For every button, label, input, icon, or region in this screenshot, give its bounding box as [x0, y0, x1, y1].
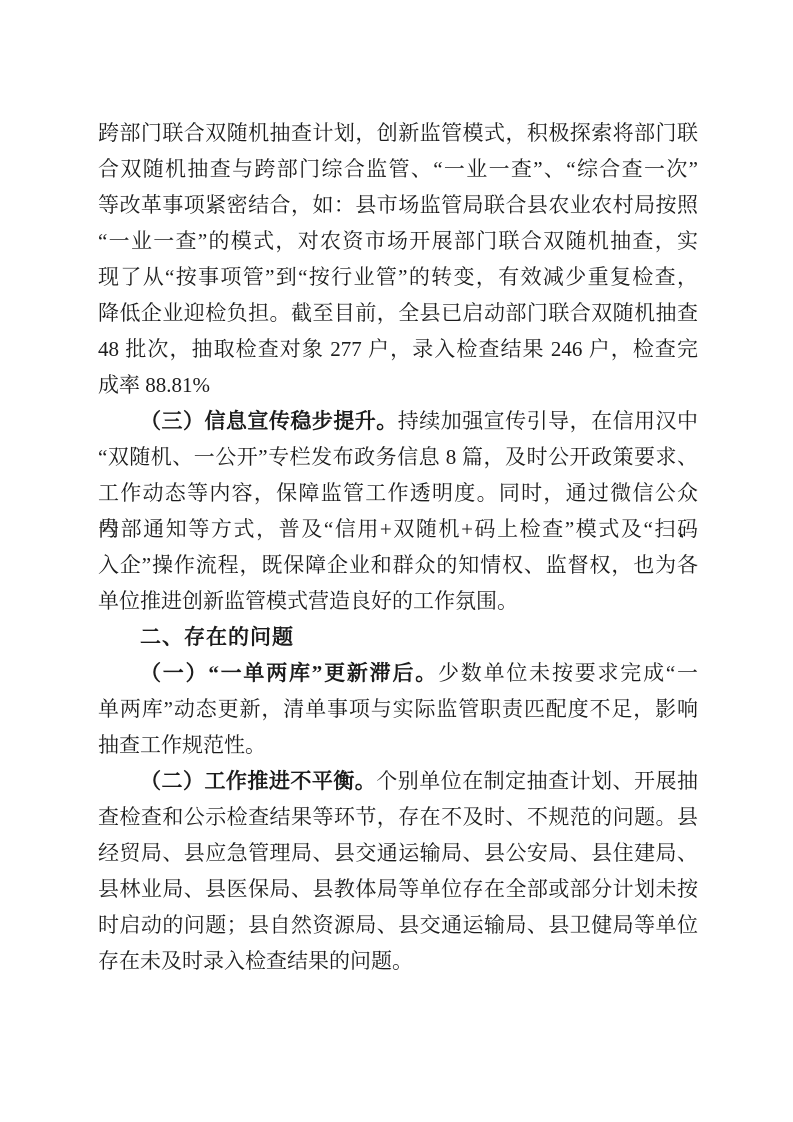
body-text: 单位推进创新监管模式营造良好的工作氛围。 — [98, 589, 518, 613]
document-body: 跨部门联合双随机抽查计划，创新监管模式，积极探索将部门联合双随机抽查与跨部门综合… — [98, 115, 698, 979]
body-text: 县林业局、县医保局、县教体局等单位存在全部或部分计划未按 — [98, 877, 698, 901]
text-line: 抽查工作规范性。 — [98, 727, 698, 763]
text-line: （二）工作推进不平衡。个别单位在制定抽查计划、开展抽 — [98, 763, 698, 799]
body-text: 时启动的问题；县自然资源局、县交通运输局、县卫健局等单位 — [98, 913, 698, 937]
text-line: 内部通知等方式，普及“信用+双随机+码上检查”模式及“扫码 — [98, 511, 698, 547]
text-line: 单位推进创新监管模式营造良好的工作氛围。 — [98, 583, 698, 619]
body-text: 持续加强宣传引导，在信用汉中 — [398, 409, 698, 433]
text-line: 时启动的问题；县自然资源局、县交通运输局、县卫健局等单位 — [98, 907, 698, 943]
body-text: 入企”操作流程，既保障企业和群众的知情权、监督权，也为各 — [98, 553, 698, 577]
text-line: “双随机、一公开”专栏发布政务信息 8 篇，及时公开政策要求、 — [98, 439, 698, 475]
text-line: 合双随机抽查与跨部门综合监管、“一业一查”、“综合查一次” — [98, 151, 698, 187]
document-page: 跨部门联合双随机抽查计划，创新监管模式，积极探索将部门联合双随机抽查与跨部门综合… — [0, 0, 793, 1122]
text-line: 跨部门联合双随机抽查计划，创新监管模式，积极探索将部门联 — [98, 115, 698, 151]
body-text: 等改革事项紧密结合，如：县市场监管局联合县农业农村局按照 — [98, 193, 698, 217]
body-text: 合双随机抽查与跨部门综合监管、“一业一查”、“综合查一次” — [98, 157, 698, 181]
text-line: （三）信息宣传稳步提升。持续加强宣传引导，在信用汉中 — [98, 403, 698, 439]
text-line: 降低企业迎检负担。截至目前，全县已启动部门联合双随机抽查 — [98, 295, 698, 331]
body-text: 跨部门联合双随机抽查计划，创新监管模式，积极探索将部门联 — [98, 121, 698, 145]
text-line: 查检查和公示检查结果等环节，存在不及时、不规范的问题。县 — [98, 799, 698, 835]
text-line: 成率 88.81% — [98, 367, 698, 403]
body-text: 内部通知等方式，普及“信用+双随机+码上检查”模式及“扫码 — [98, 517, 698, 541]
body-text: “一业一查”的模式，对农资市场开展部门联合双随机抽查，实 — [98, 229, 698, 253]
text-line: 经贸局、县应急管理局、县交通运输局、县公安局、县住建局、 — [98, 835, 698, 871]
text-line: 48 批次，抽取检查对象 277 户，录入检查结果 246 户，检查完 — [98, 331, 698, 367]
bold-lead-text: （一）“一单两库”更新滞后。 — [140, 661, 438, 685]
text-line: 存在未及时录入检查结果的问题。 — [98, 943, 698, 979]
body-text: 经贸局、县应急管理局、县交通运输局、县公安局、县住建局、 — [98, 841, 698, 865]
text-line: 单两库”动态更新，清单事项与实际监管职责匹配度不足，影响 — [98, 691, 698, 727]
body-text: 现了从“按事项管”到“按行业管”的转变，有效减少重复检查， — [98, 265, 698, 289]
body-text: 少数单位未按要求完成“一 — [438, 661, 698, 685]
text-line: （一）“一单两库”更新滞后。少数单位未按要求完成“一 — [98, 655, 698, 691]
body-text: 单两库”动态更新，清单事项与实际监管职责匹配度不足，影响 — [98, 697, 698, 721]
text-line: 入企”操作流程，既保障企业和群众的知情权、监督权，也为各 — [98, 547, 698, 583]
text-line: 现了从“按事项管”到“按行业管”的转变，有效减少重复检查， — [98, 259, 698, 295]
text-line: 二、存在的问题 — [98, 619, 698, 655]
text-line: 等改革事项紧密结合，如：县市场监管局联合县农业农村局按照 — [98, 187, 698, 223]
text-line: “一业一查”的模式，对农资市场开展部门联合双随机抽查，实 — [98, 223, 698, 259]
bold-lead-text: （二）工作推进不平衡。 — [140, 769, 376, 793]
section-heading: 二、存在的问题 — [140, 626, 294, 649]
body-text: 查检查和公示检查结果等环节，存在不及时、不规范的问题。县 — [98, 805, 698, 829]
body-text: 存在未及时录入检查结果的问题。 — [98, 949, 413, 973]
body-text: “双随机、一公开”专栏发布政务信息 8 篇，及时公开政策要求、 — [98, 445, 698, 469]
body-text: 个别单位在制定抽查计划、开展抽 — [376, 769, 698, 793]
text-line: 县林业局、县医保局、县教体局等单位存在全部或部分计划未按 — [98, 871, 698, 907]
bold-lead-text: （三）信息宣传稳步提升。 — [140, 409, 398, 433]
body-text: 成率 88.81% — [98, 373, 210, 397]
body-text: 抽查工作规范性。 — [98, 733, 266, 757]
body-text: 降低企业迎检负担。截至目前，全县已启动部门联合双随机抽查 — [98, 301, 698, 325]
body-text: 48 批次，抽取检查对象 277 户，录入检查结果 246 户，检查完 — [98, 337, 698, 361]
text-line: 工作动态等内容，保障监管工作透明度。同时，通过微信公众号、 — [98, 475, 698, 511]
